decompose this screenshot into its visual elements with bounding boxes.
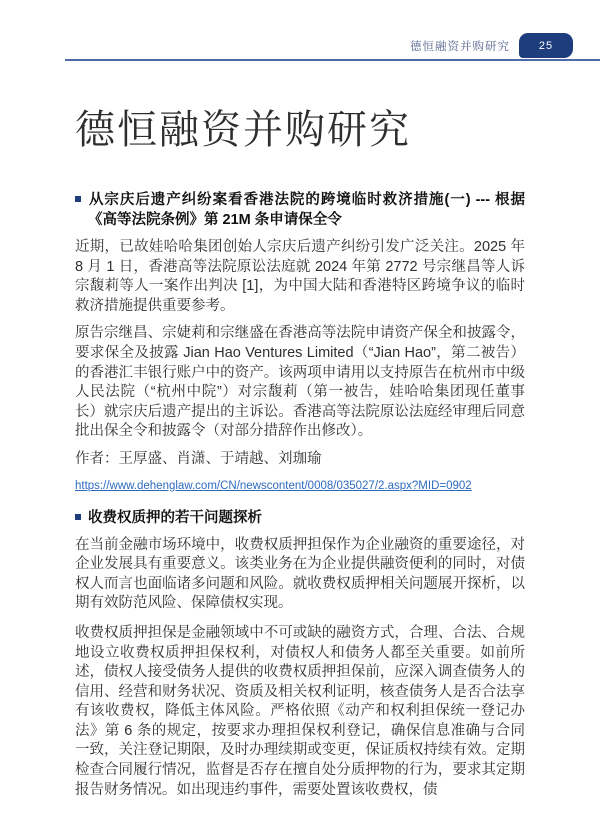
article-heading-2-text: 收费权质押的若干问题探析: [88, 510, 262, 526]
article-2-paragraph-1: 在当前金融市场环境中，收费权质押担保作为企业融资的重要途径，对企业发展具有重要意…: [75, 536, 525, 614]
author-line: 作者：王厚盛、肖潇、于靖越、刘珈瑜: [75, 450, 525, 470]
article-1-paragraph-1: 近期，已故娃哈哈集团创始人宗庆后遗产纠纷引发广泛关注。2025 年 8 月 1 …: [75, 238, 525, 316]
page-content: 德恒融资并购研究 从宗庆后遗产纠纷案看香港法院的跨境临时救济措施(一) --- …: [0, 104, 600, 800]
article-heading-1: 从宗庆后遗产纠纷案看香港法院的跨境临时救济措施(一) --- 根据《高等法院条例…: [75, 190, 525, 230]
article-heading-1-text: 从宗庆后遗产纠纷案看香港法院的跨境临时救济措施(一) --- 根据《高等法院条例…: [88, 192, 525, 228]
article-2-paragraph-2: 收费权质押担保是金融领域中不可或缺的融资方式，合理、合法、合规地设立收费权质押担…: [75, 624, 525, 800]
article-1-paragraph-2: 原告宗继昌、宗婕莉和宗继盛在香港高等法院申请资产保全和披露令，要求保全及披露 J…: [75, 324, 525, 442]
heading-bullet-icon: [75, 514, 81, 520]
article-heading-2: 收费权质押的若干问题探析: [75, 508, 525, 528]
header-title: 德恒融资并购研究: [410, 38, 510, 54]
article-source-link[interactable]: https://www.dehenglaw.com/CN/newscontent…: [75, 480, 472, 492]
page-number-badge: 25: [519, 33, 573, 58]
page-title: 德恒融资并购研究: [75, 104, 525, 156]
heading-bullet-icon: [75, 196, 81, 202]
running-header: 德恒融资并购研究 25: [0, 0, 600, 62]
document-page: 德恒融资并购研究 25 德恒融资并购研究 从宗庆后遗产纠纷案看香港法院的跨境临时…: [0, 0, 600, 814]
header-divider: [65, 59, 600, 61]
